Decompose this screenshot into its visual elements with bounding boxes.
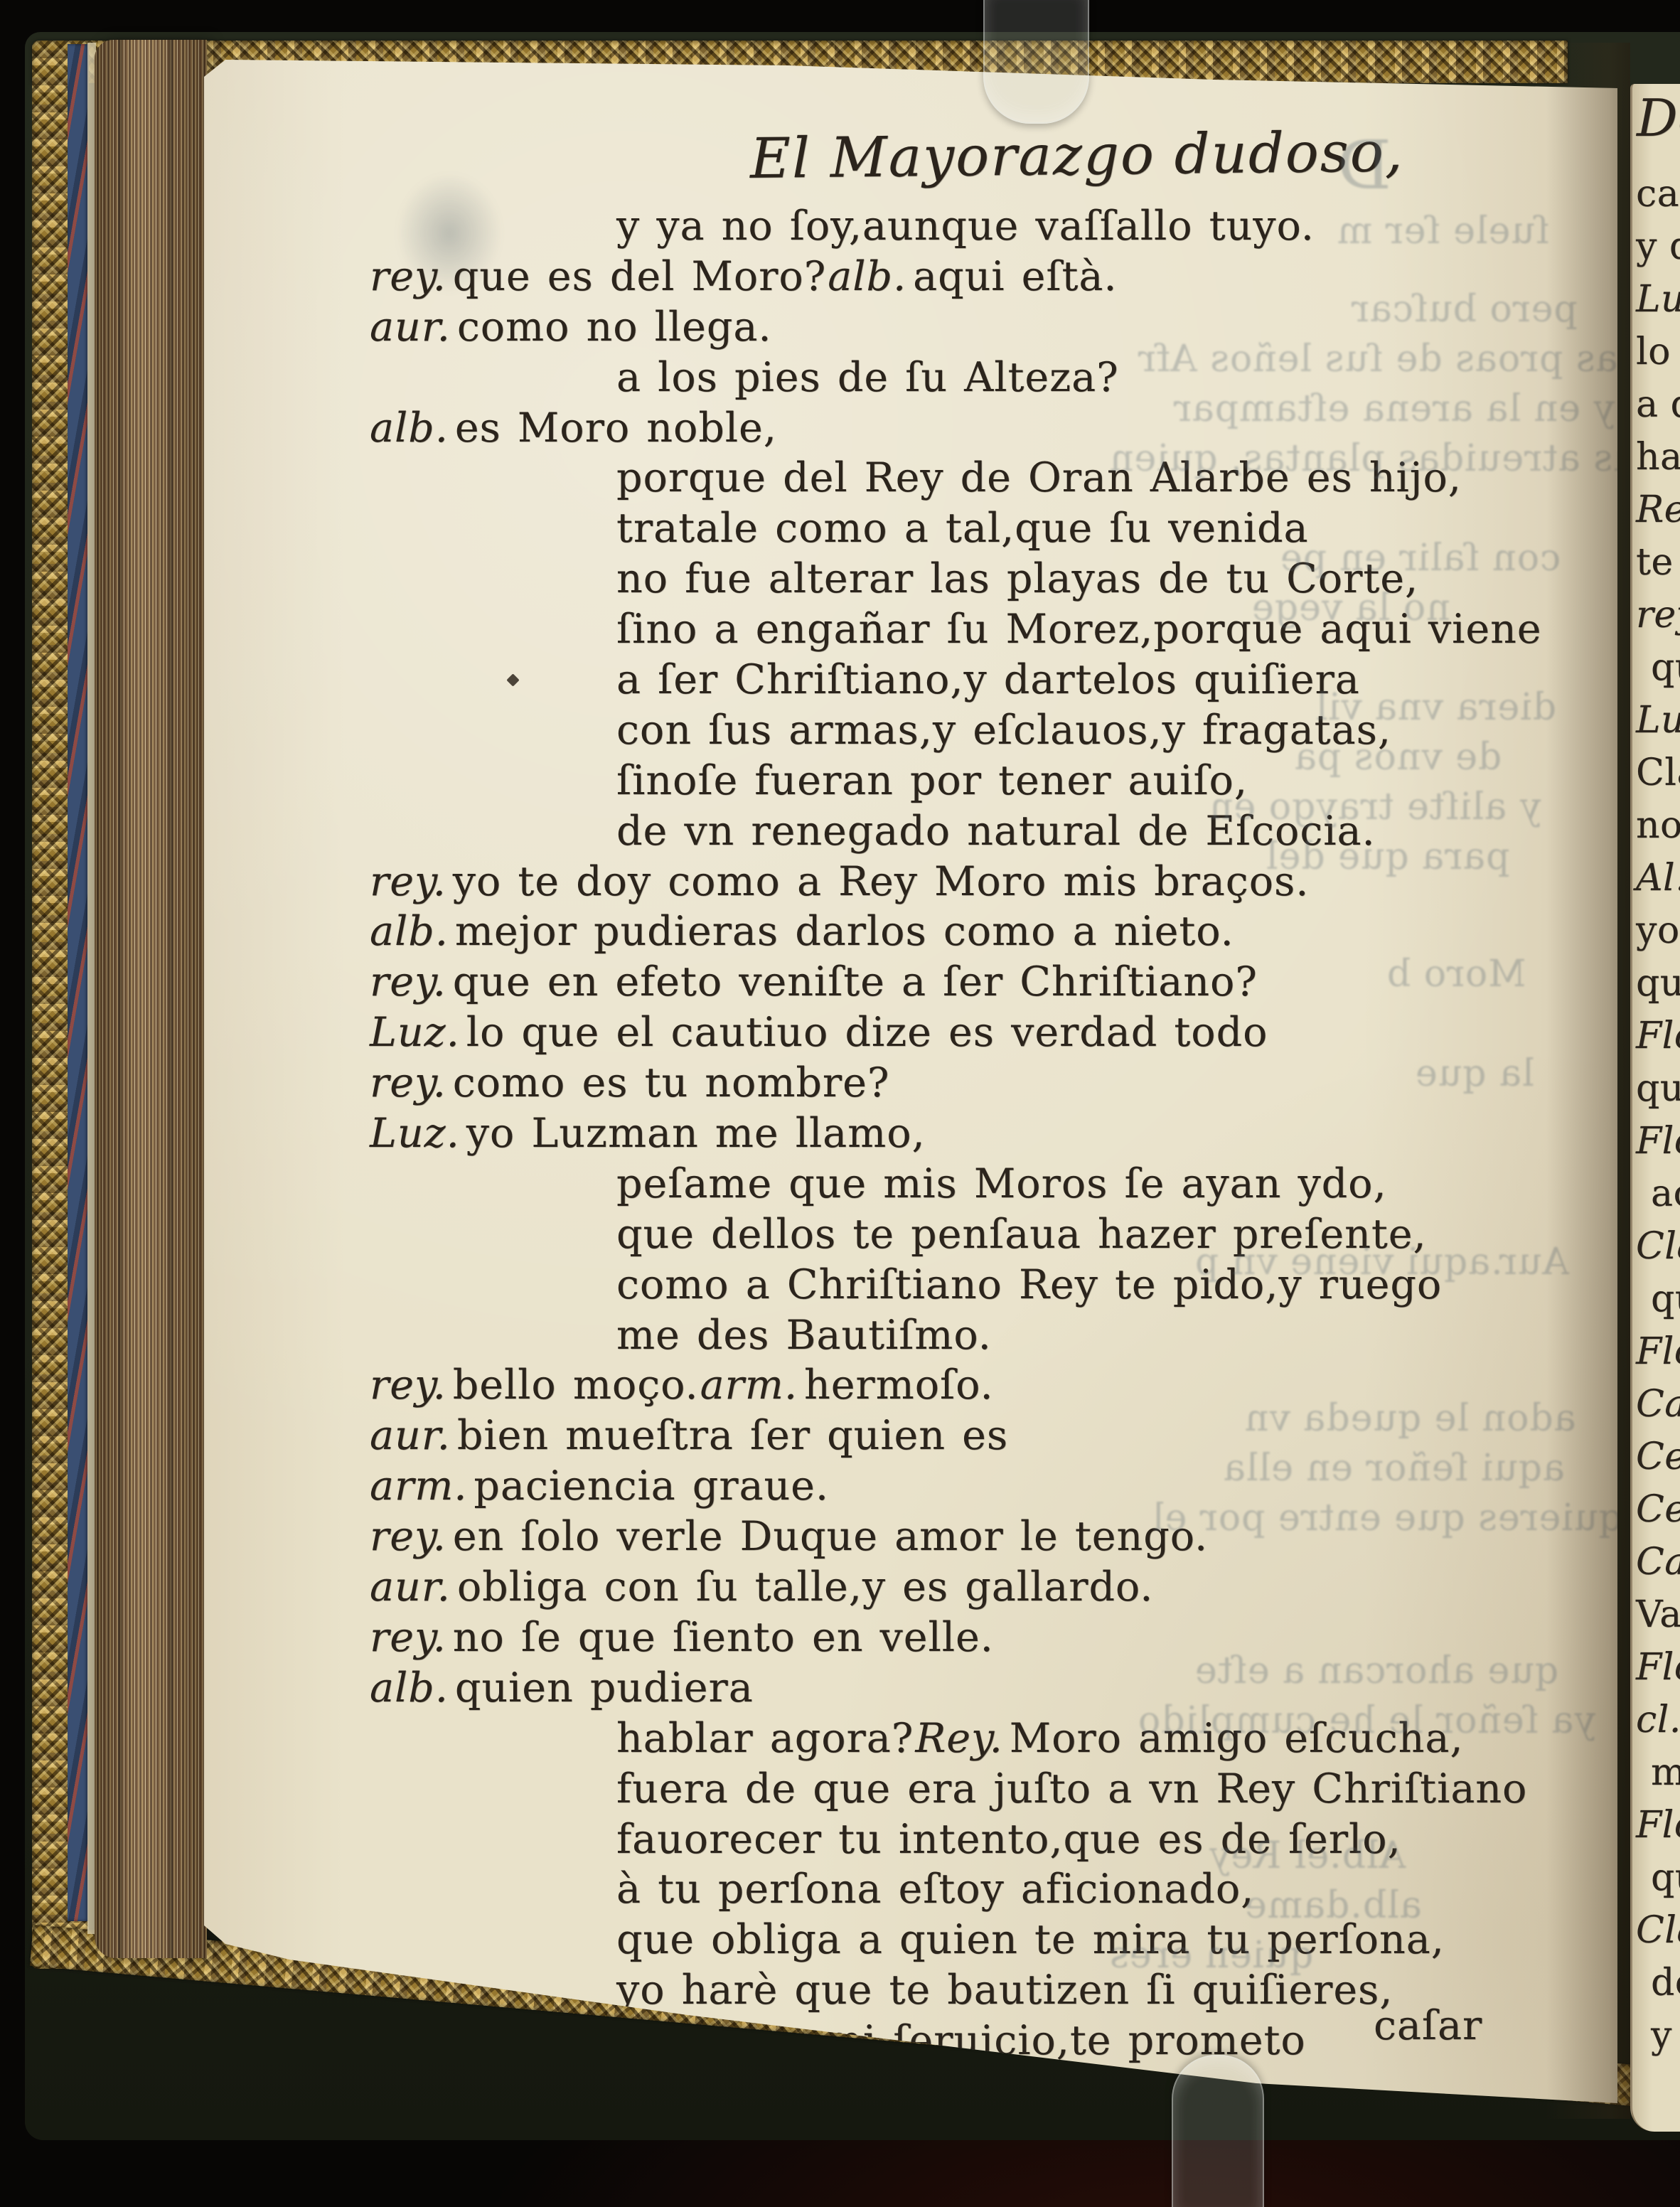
- text-line: quiero q: [1632, 641, 1680, 694]
- text-line: Cla.triſt: [1632, 1220, 1680, 1273]
- verse-text: hablar agora?: [616, 1715, 914, 1762]
- photo-scene: El Mayorazgo dudoso, y ya no ſoy,aunque …: [0, 0, 1680, 2207]
- verse-text: peſame que mis Moros ſe ayan ydo,: [616, 1160, 1387, 1207]
- verse-text: aqui eſtà.: [913, 253, 1117, 300]
- text-line: aur.obliga con ſu talle,y es gallardo.: [204, 1562, 1617, 1613]
- speaker-abbrev: Flo.: [1636, 1330, 1680, 1373]
- speaker-abbrev: Rey.: [1636, 488, 1680, 531]
- text-line: Cel.que F: [1632, 1431, 1680, 1483]
- catchword: caſar: [1374, 2002, 1482, 2049]
- speaker-abbrev: Luz.: [1636, 278, 1680, 321]
- text-line: que te h: [1632, 1062, 1680, 1115]
- speaker-abbrev: Luz.: [370, 1009, 460, 1056]
- verse-text: que te h: [1636, 1067, 1680, 1110]
- text-line: que teng: [1632, 957, 1680, 1010]
- speaker-abbrev: alb.: [370, 908, 449, 955]
- speaker-abbrev: Luz.: [1636, 699, 1680, 742]
- verse-text: ſinoſe fueran por tener auiſo,: [616, 757, 1248, 804]
- text-line: lo que os: [1632, 326, 1680, 378]
- text-line: me des Bautiſmo.: [204, 1310, 1617, 1361]
- speaker-abbrev: Car.: [1636, 1383, 1680, 1426]
- verse-text: hagays to: [1636, 436, 1680, 479]
- ghost-text-fragment: y aliſte traygo en: [1209, 786, 1541, 828]
- text-line: Flo.no a: [1632, 1641, 1680, 1694]
- speaker-abbrev: aur.: [370, 304, 451, 351]
- text-line: Luz.yo Luzman me llamo,: [204, 1108, 1617, 1159]
- ghost-text-fragment: D: [1337, 127, 1391, 205]
- speaker-abbrev: Celia.: [1636, 1488, 1680, 1531]
- text-line: Al.ſeñor: [1632, 852, 1680, 904]
- ghost-text-fragment: Moro b: [1386, 953, 1526, 995]
- text-line: de tod: [1632, 1957, 1680, 2009]
- verse-text: tratale como a tal,que ſu venida: [616, 505, 1309, 552]
- text-line: a quien d: [1632, 378, 1680, 431]
- verse-text: como es tu nombre?: [453, 1059, 890, 1106]
- text-line: hagays to: [1632, 431, 1680, 483]
- gutter-shadow: [1546, 43, 1630, 2119]
- speaker-abbrev: alb.: [828, 253, 906, 300]
- text-line: cl.no m: [1632, 1694, 1680, 1746]
- text-line: yo bolue: [1632, 904, 1680, 957]
- text-line: alb.mejor pudieras darlos como a nieto.: [204, 907, 1617, 957]
- verse-text: a los pies de ſu Alteza?: [616, 354, 1119, 401]
- verse-text: a ſer Chriſtiano,y dartelos quiſiera: [616, 656, 1360, 703]
- verse-text: y darte o: [1636, 225, 1680, 268]
- ghost-text-fragment: alb.dame: [1244, 1884, 1422, 1927]
- verse-text: que teng: [1636, 962, 1680, 1005]
- speaker-abbrev: Cla.: [1636, 1909, 1680, 1952]
- speaker-abbrev: rey.: [370, 1513, 446, 1560]
- speaker-abbrev: Luz.: [370, 1110, 460, 1157]
- verse-text: quien pudiera: [455, 1664, 754, 1711]
- text-line: Clauela: [1632, 747, 1680, 799]
- ghost-text-fragment: Alb.el Rey: [1209, 1834, 1406, 1877]
- verse-text: yo Luzman me llamo,: [466, 1110, 926, 1157]
- text-line: rey.como es tu nombre?: [204, 1058, 1617, 1108]
- verse-text: que ſu: [1651, 1856, 1680, 1899]
- verse-text: fuera de que era juſto a vn Rey Chriſtia…: [616, 1765, 1527, 1812]
- ghost-text-fragment: Aur.aqui viene vn p: [1194, 1241, 1569, 1283]
- speaker-abbrev: Cel.: [1636, 1436, 1680, 1478]
- verse-text: que vn: [1651, 1278, 1680, 1320]
- left-page: El Mayorazgo dudoso, y ya no ſoy,aunque …: [204, 55, 1617, 2106]
- ghost-text-fragment: diera vna vil: [1315, 686, 1556, 729]
- text-line: Flo.ydos: [1632, 1325, 1680, 1378]
- verse-text: quiero q: [1651, 646, 1680, 689]
- ghost-text-fragment: para que del: [1266, 835, 1509, 878]
- ghost-text-fragment: no la vege: [1251, 587, 1450, 629]
- text-line: mire q: [1632, 1746, 1680, 1799]
- text-line: Cla.tod: [1632, 1904, 1680, 1957]
- speaker-abbrev: rey.: [370, 1059, 446, 1106]
- speaker-abbrev: rey.: [370, 958, 446, 1005]
- text-line: Celia.no: [1632, 1483, 1680, 1536]
- verse-text: mejor pudieras darlos como a nieto.: [455, 908, 1234, 955]
- text-line: aora el r: [1632, 1167, 1680, 1220]
- ghost-text-fragment: aqui ſeñor en ella: [1223, 1447, 1565, 1490]
- text-line: Flo.no re: [1632, 1115, 1680, 1167]
- verse-text: como no llega.: [457, 304, 772, 351]
- text-line: Flo.dixi: [1632, 1799, 1680, 1851]
- verse-text: no os olu: [1636, 804, 1680, 847]
- speaker-abbrev: rey.: [370, 1614, 446, 1661]
- verse-text: que es del Moro?: [453, 253, 827, 300]
- verse-text: mire q: [1651, 1751, 1680, 1794]
- ghost-text-fragment: pero buſcar: [1351, 288, 1578, 331]
- speaker-abbrev: Flo.: [1636, 1646, 1680, 1689]
- verse-text: obliga con ſu talle,y es gallardo.: [457, 1564, 1154, 1610]
- speaker-abbrev: alb.: [370, 405, 449, 451]
- verse-text: es Moro noble,: [455, 405, 777, 451]
- text-line: y darte o: [1632, 220, 1680, 273]
- ghost-text-fragment: con ſalir en pe: [1280, 537, 1561, 579]
- verse-text: lo que el cautiuo dize es verdad todo: [466, 1009, 1268, 1056]
- speaker-abbrev: aur.: [370, 1412, 451, 1459]
- speaker-abbrev: Car.: [1636, 1541, 1680, 1583]
- verse-text: con ſus armas,y eſclauos,y fragatas,: [616, 707, 1391, 754]
- verse-text: a quien d: [1636, 383, 1680, 426]
- text-line: que vn: [1632, 1273, 1680, 1325]
- verse-text: yo te doy como a Rey Moro mis braços.: [453, 858, 1310, 905]
- verse-text: y yo: [1651, 2014, 1680, 2057]
- speaker-abbrev: cl.: [1636, 1699, 1680, 1741]
- speaker-abbrev: rey.: [370, 1362, 446, 1409]
- text-line: que ſu: [1632, 1851, 1680, 1904]
- speaker-abbrev: arm.: [370, 1463, 467, 1509]
- verse-text: bien mueſtra ſer quien es: [457, 1412, 1008, 1459]
- verse-text: hermoſo.: [804, 1362, 994, 1409]
- text-line: Car.no ſ: [1632, 1536, 1680, 1588]
- speaker-abbrev: rey.: [370, 253, 446, 300]
- speaker-abbrev: Cla.: [1636, 1225, 1680, 1268]
- verse-text: Vamos.: [1636, 1593, 1680, 1636]
- verse-text: caſar con: [1636, 173, 1680, 215]
- ghost-text-fragment: adon le queda vn: [1244, 1397, 1576, 1440]
- ghost-text-fragment: ſuele ſer m: [1337, 210, 1549, 252]
- ghost-text-fragment: la que: [1415, 1052, 1534, 1095]
- text-line: peſame que mis Moros ſe ayan ydo,: [204, 1159, 1617, 1209]
- text-line: Luz.beſo t: [1632, 273, 1680, 326]
- verse-text: de tod: [1651, 1962, 1680, 2004]
- text-line: Car.al R: [1632, 1378, 1680, 1431]
- text-line: fuera de que era juſto a vn Rey Chriſtia…: [204, 1764, 1617, 1815]
- speaker-abbrev: rey.: [370, 858, 446, 905]
- ghost-text-fragment: quien eres: [1109, 1934, 1313, 1977]
- facing-text-block: caſar cony darte oLuz.beſo tlo que osa q…: [1632, 168, 1680, 2062]
- marbled-endpaper-edge: [68, 44, 89, 1921]
- verse-text: te de ſeñ: [1636, 541, 1680, 584]
- verse-text: lo que os: [1636, 331, 1680, 373]
- verse-text: Clauela: [1636, 752, 1680, 794]
- text-line: y yo: [1632, 2009, 1680, 2062]
- speaker-abbrev: aur.: [370, 1564, 451, 1610]
- verse-text: y ya no ſoy,aunque vaſſallo tuyo.: [616, 203, 1315, 250]
- verse-text: que en efeto veniſte a ſer Chriſtiano?: [453, 958, 1258, 1005]
- speaker-abbrev: Flo.: [1636, 1804, 1680, 1847]
- speaker-abbrev: Flo.: [1636, 1015, 1680, 1057]
- text-line: Rey.amigo: [1632, 483, 1680, 536]
- ghost-text-fragment: de vnos pa: [1294, 736, 1502, 779]
- text-line: Vamos.: [1632, 1588, 1680, 1641]
- verse-text: à tu perſona eſtoy aficionado,: [616, 1866, 1254, 1913]
- speaker-abbrev: Rey.: [915, 1715, 1002, 1762]
- verse-text: paciencia graue.: [473, 1463, 829, 1509]
- book-clamp-bottom: [1172, 2055, 1264, 2207]
- gilded-fore-edge: [95, 40, 207, 1958]
- text-line: te de ſeñ: [1632, 536, 1680, 589]
- verse-text: aora el r: [1651, 1172, 1680, 1215]
- verse-text-block: y ya no ſoy,aunque vaſſallo tuyo.rey.que…: [204, 201, 1617, 2066]
- text-line: rey.vamos: [1632, 589, 1680, 641]
- facing-running-header: De L: [1637, 88, 1680, 148]
- verse-text: no ſe que ſiento en velle.: [453, 1614, 994, 1661]
- text-line: Luz.vamo: [1632, 694, 1680, 747]
- speaker-abbrev: alb.: [370, 1664, 449, 1711]
- speaker-abbrev: rey.: [1636, 594, 1680, 636]
- speaker-abbrev: arm.: [700, 1362, 798, 1409]
- speaker-abbrev: Flo.: [1636, 1120, 1680, 1163]
- text-line: no os olu: [1632, 799, 1680, 852]
- ghost-text-fragment: que ahorcan a eſte: [1194, 1650, 1558, 1692]
- speaker-abbrev: Al.: [1636, 857, 1680, 899]
- verse-text: yo bolue: [1636, 909, 1680, 952]
- book-clamp-top: [983, 0, 1089, 124]
- text-line: Flo.guard: [1632, 1010, 1680, 1062]
- verse-text: me des Bautiſmo.: [616, 1312, 992, 1359]
- text-line: caſar con: [1632, 168, 1680, 220]
- ghost-text-fragment: ya ſeñor le he cumplido: [1138, 1699, 1595, 1742]
- text-line: Luz.lo que el cautiuo dize es verdad tod…: [204, 1008, 1617, 1058]
- verse-text: bello moço.: [453, 1362, 699, 1409]
- verse-text: en ſolo verle Duque amor le tengo.: [453, 1513, 1208, 1560]
- running-header: El Mayorazgo dudoso,: [750, 120, 1404, 191]
- right-page: De L caſar cony darte oLuz.beſo tlo que …: [1630, 84, 1680, 2132]
